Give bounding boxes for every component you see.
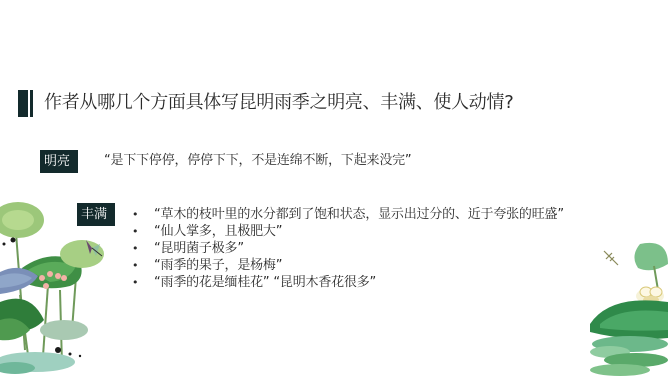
list-item: •“昆明菌子极多” (132, 240, 564, 257)
list-item-text: “草木的枝叶里的水分都到了饱和状态，显示出过分的、近于夸张的旺盛” (154, 207, 564, 222)
lotus-leaves-butterfly-icon (0, 190, 120, 376)
bullet-icon: • (132, 274, 138, 291)
tag-bright: 明亮 (40, 150, 78, 173)
bullet-icon: • (132, 257, 138, 274)
list-item-text: “昆明菌子极多” (154, 241, 244, 256)
title-bar-thin (30, 90, 33, 117)
list-item: •“雨季的果子，是杨梅” (132, 257, 564, 274)
lotus-flower-dragonfly-icon (580, 232, 668, 376)
bullet-icon: • (132, 206, 138, 223)
list-item: •“雨季的花是缅桂花” “昆明木香花很多” (132, 274, 564, 291)
list-item-text: “雨季的果子，是杨梅” (154, 258, 282, 273)
full-quote-list: •“草木的枝叶里的水分都到了饱和状态，显示出过分的、近于夸张的旺盛” •“仙人掌… (132, 206, 564, 291)
list-item-text: “仙人掌多，且极肥大” (154, 224, 282, 239)
list-item: •“仙人掌多，且极肥大” (132, 223, 564, 240)
list-item: •“草木的枝叶里的水分都到了饱和状态，显示出过分的、近于夸张的旺盛” (132, 206, 564, 223)
list-item-text: “雨季的花是缅桂花” “昆明木香花很多” (154, 275, 376, 290)
bullet-icon: • (132, 240, 138, 257)
quote-bright: “是下下停停，停停下下，不是连绵不断，下起来没完” (104, 152, 411, 170)
slide-title: 作者从哪几个方面具体写昆明雨季之明亮、丰满、使人动情? (44, 91, 513, 115)
bullet-icon: • (132, 223, 138, 240)
title-bar-thick (18, 90, 28, 117)
